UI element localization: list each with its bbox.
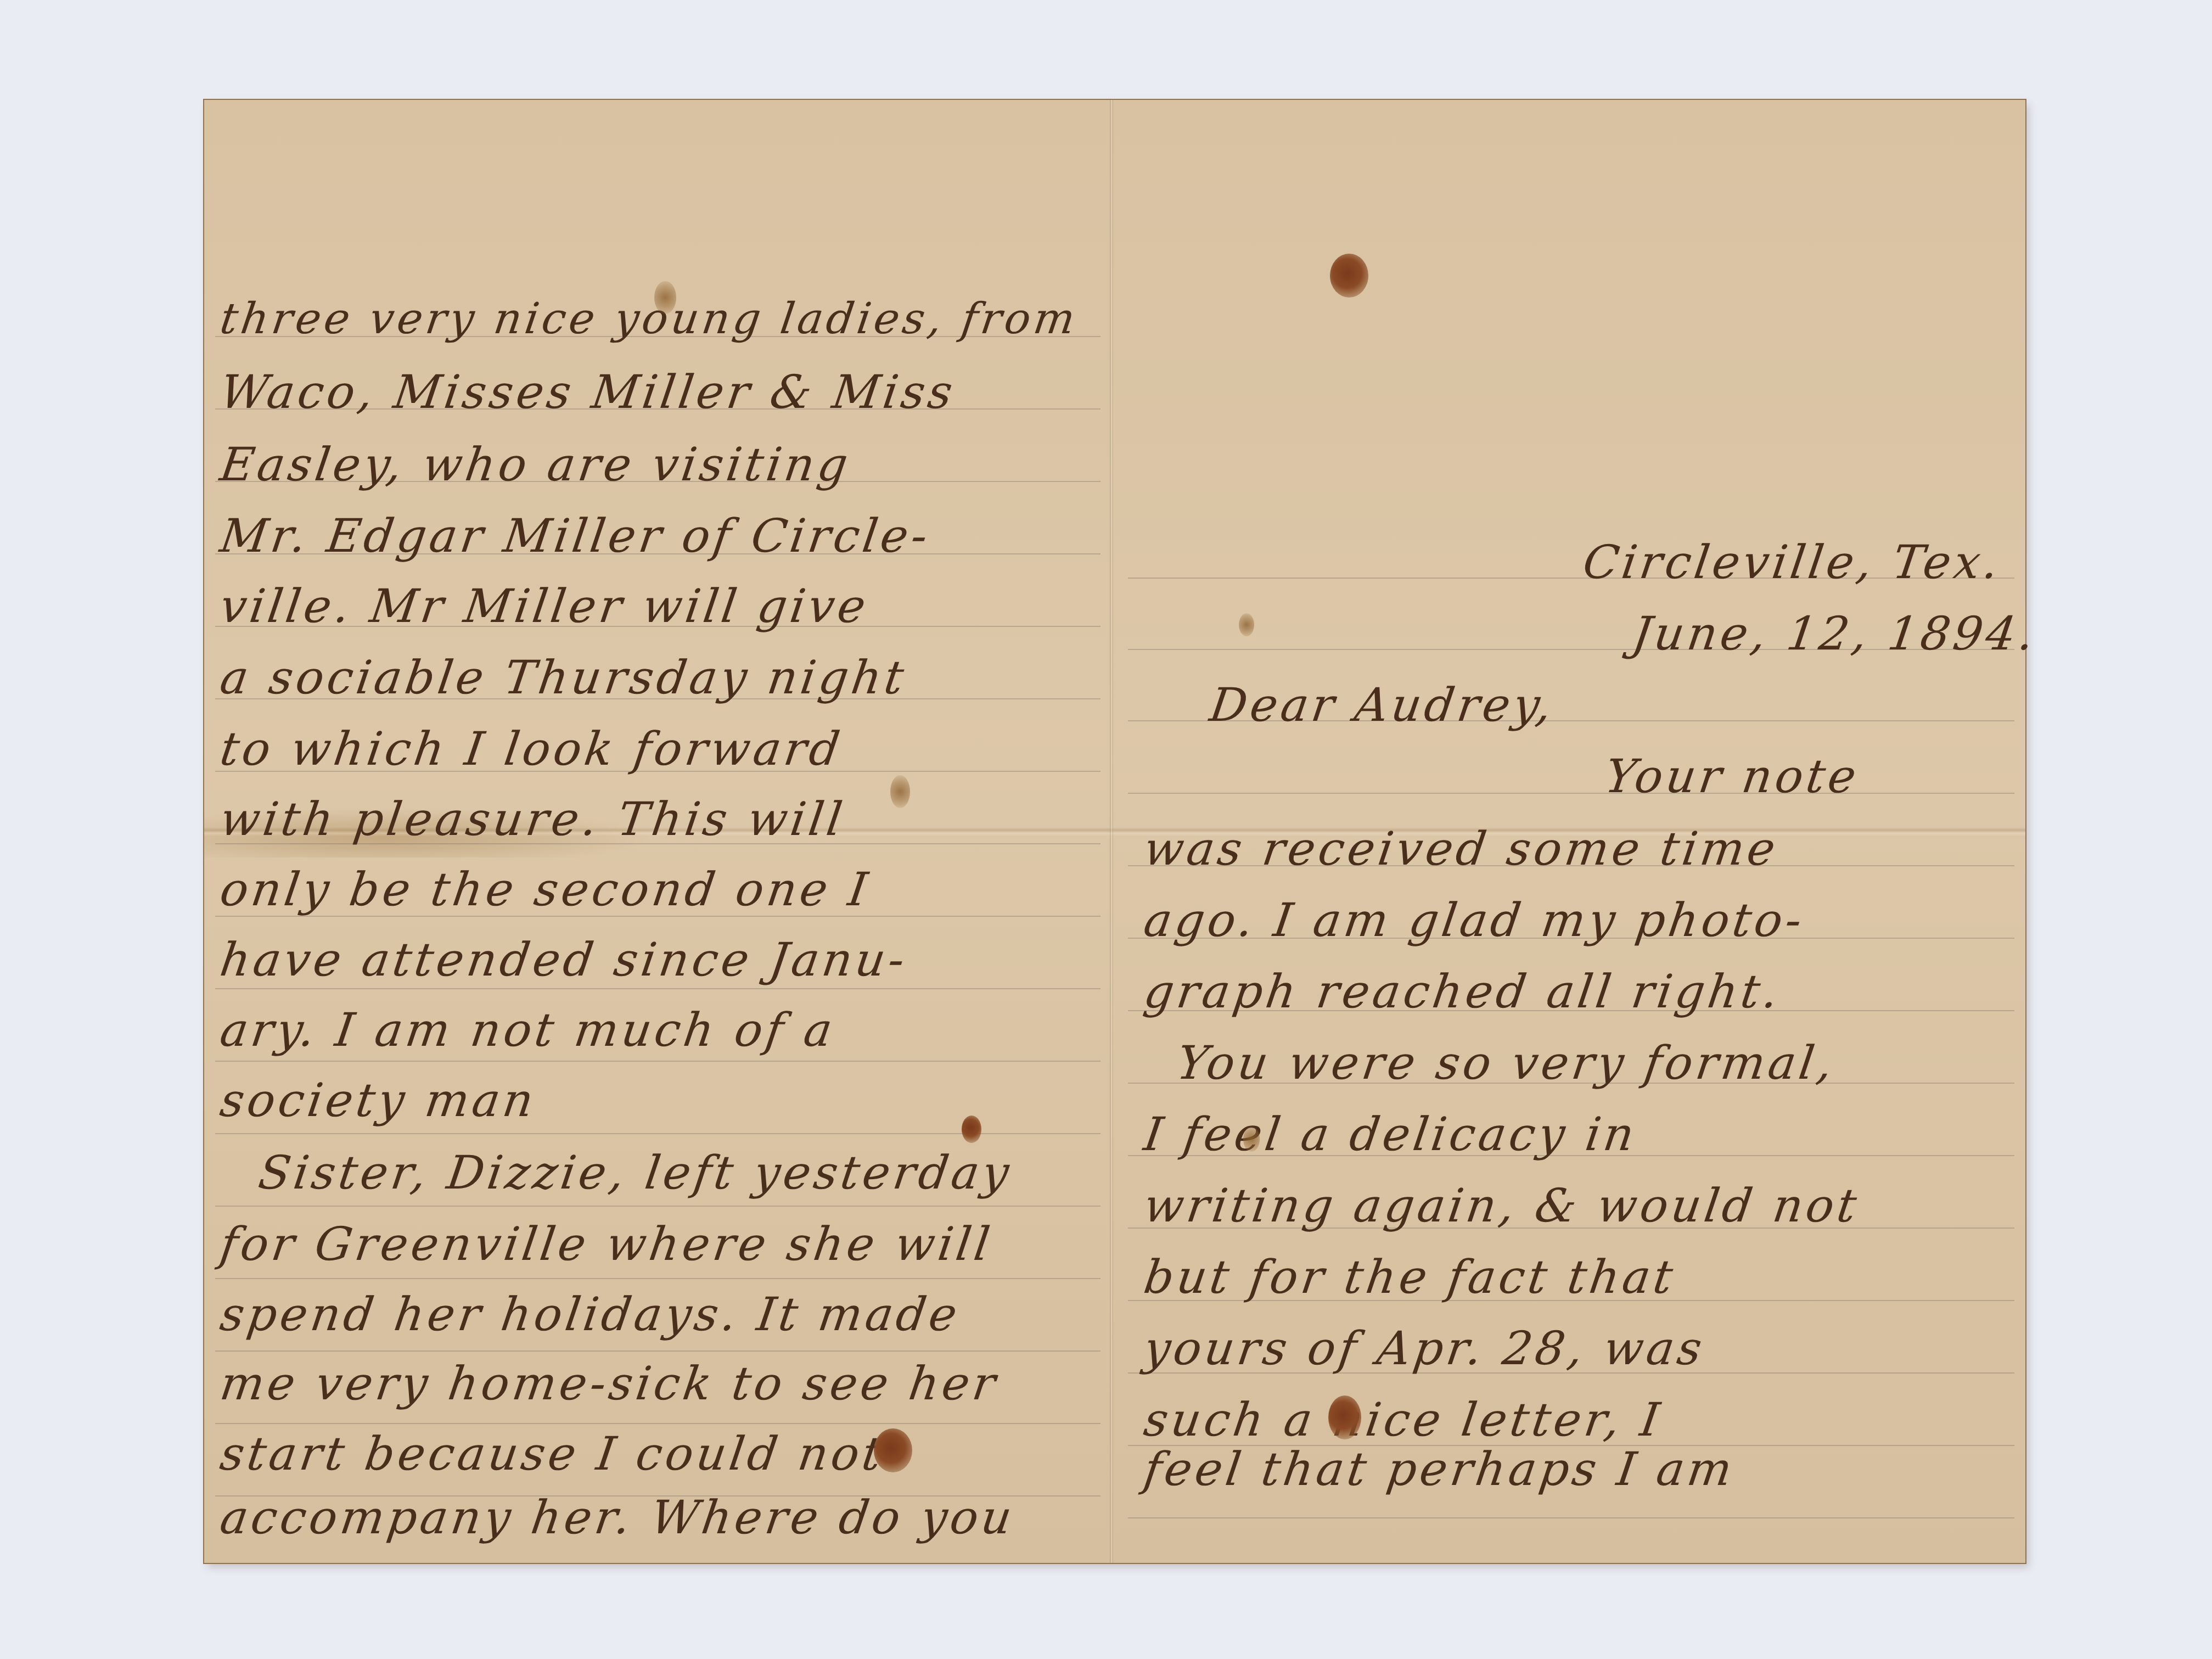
ink-spot bbox=[962, 1116, 981, 1143]
letter-line: Easley, who are visiting bbox=[217, 441, 854, 487]
letter-place: Circleville, Tex. bbox=[1580, 539, 2005, 585]
letter-line: for Greenville where she will bbox=[217, 1221, 996, 1267]
letter-line: accompany her. Where do you bbox=[217, 1494, 1018, 1540]
letter-line: I feel a delicacy in bbox=[1141, 1111, 1640, 1157]
ruled-line bbox=[1128, 1517, 2014, 1518]
ruled-line bbox=[215, 988, 1101, 989]
letter-line: me very home-sick to see her bbox=[217, 1360, 1002, 1406]
letter-line: Your note bbox=[1602, 753, 1862, 799]
ink-spot bbox=[1328, 1395, 1361, 1439]
ink-spot bbox=[1243, 1126, 1260, 1152]
ruled-line bbox=[215, 1350, 1101, 1352]
ruled-line bbox=[215, 1061, 1101, 1062]
letter-line: society man bbox=[217, 1077, 540, 1123]
ink-spot bbox=[1330, 254, 1368, 298]
ink-spot bbox=[890, 775, 910, 808]
letter-line: start because I could not bbox=[217, 1431, 888, 1477]
ruled-line bbox=[215, 1206, 1101, 1207]
ruled-line bbox=[215, 1278, 1101, 1279]
letter-line: was received some time bbox=[1141, 826, 1781, 872]
letter-line: Waco, Misses Miller & Miss bbox=[217, 369, 958, 415]
letter-line: You were so very formal, bbox=[1174, 1040, 1838, 1086]
ruled-line bbox=[215, 1423, 1101, 1424]
letter-salutation: Dear Audrey, bbox=[1207, 682, 1558, 728]
letter-line: have attended since Janu- bbox=[217, 937, 911, 983]
ink-spot bbox=[1239, 613, 1254, 636]
letter-line: a sociable Thursday night bbox=[217, 654, 909, 700]
letter-line: spend her holidays. It made bbox=[217, 1291, 963, 1337]
ink-spot bbox=[874, 1428, 912, 1472]
letter-line: but for the fact that bbox=[1141, 1254, 1678, 1300]
letter-line: such a nice letter, I bbox=[1141, 1397, 1665, 1443]
letter-line: with pleasure. This will bbox=[217, 796, 848, 842]
letter-line: ville. Mr Miller will give bbox=[217, 583, 872, 629]
letter-line: yours of Apr. 28, was bbox=[1141, 1325, 1708, 1371]
letter-line: graph reached all right. bbox=[1141, 968, 1784, 1015]
letter-line: Mr. Edgar Miller of Circle- bbox=[217, 513, 934, 559]
letter-line: only be the second one I bbox=[217, 866, 873, 912]
letter-line: ago. I am glad my photo- bbox=[1141, 897, 1808, 943]
right-page: Circleville, Tex. June, 12, 1894. Dear A… bbox=[1111, 100, 2025, 1563]
letter-line: writing again, & would not bbox=[1141, 1182, 1862, 1229]
letter-line: ary. I am not much of a bbox=[217, 1007, 838, 1053]
ruled-line bbox=[1128, 793, 2014, 794]
letter-line: to which I look forward bbox=[217, 726, 846, 772]
letter-line: Sister, Dizzie, left yesterday bbox=[256, 1150, 1015, 1196]
left-page: three very nice young ladies, from Waco,… bbox=[204, 100, 1111, 1563]
ink-spot bbox=[654, 281, 676, 314]
letter-sheet: three very nice young ladies, from Waco,… bbox=[204, 100, 2025, 1563]
letter-line: feel that perhaps I am bbox=[1141, 1446, 1738, 1492]
letter-date: June, 12, 1894. bbox=[1630, 610, 2040, 657]
letter-line: three very nice young ladies, from bbox=[218, 298, 1081, 340]
